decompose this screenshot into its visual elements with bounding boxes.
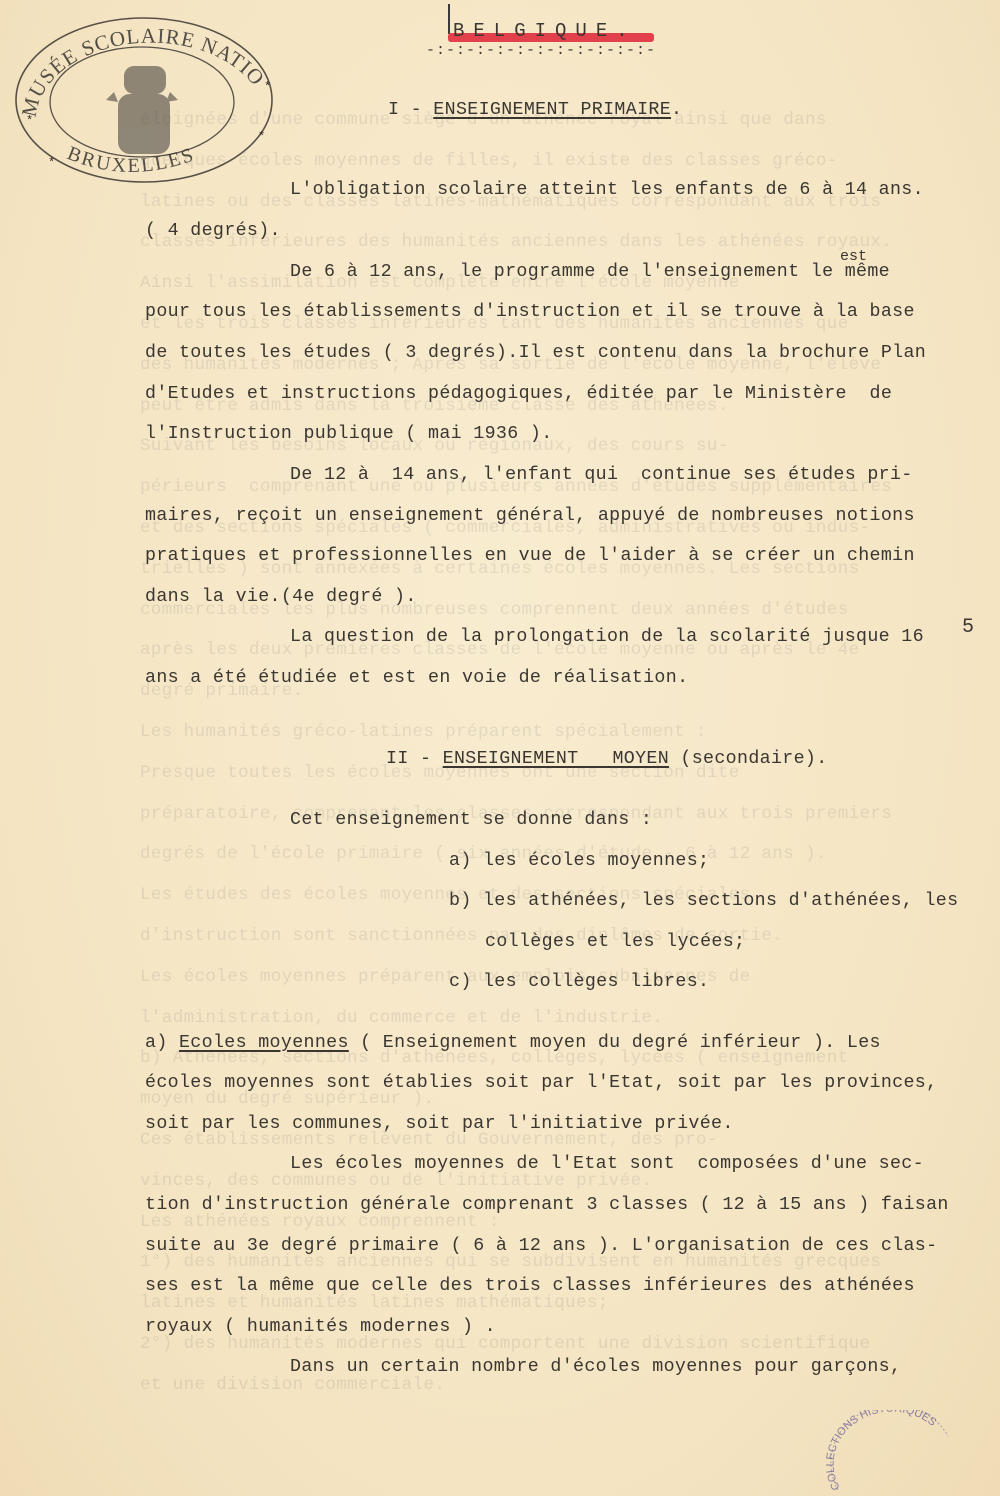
subsection-a-heading: a) Ecoles moyennes ( Enseignement moyen … (145, 1033, 881, 1053)
list-item: collèges et les lycées; (485, 932, 745, 952)
museum-stamp-icon: MUSÉE SCOLAIRE NATIONAL BRUXELLES * * * … (6, 8, 278, 188)
paragraph-line: soit par les communes, soit par l'initia… (145, 1114, 734, 1134)
svg-text:*: * (48, 156, 55, 170)
paragraph-line: royaux ( humanités modernes ) . (145, 1317, 496, 1337)
collections-stamp-icon: COLLECTIONS HISTORIQUES (826, 1410, 956, 1490)
paragraph-line: tion d'instruction générale comprenant 3… (145, 1195, 949, 1215)
paragraph-line: Les écoles moyennes de l'Etat sont compo… (290, 1154, 924, 1174)
paragraph-line: écoles moyennes sont établies soit par l… (145, 1073, 937, 1093)
paragraph-line: De 6 à 12 ans, le programme de l'enseign… (290, 262, 890, 282)
paragraph-line: dans la vie.(4e degré ). (145, 587, 417, 607)
list-item: a) les écoles moyennes; (449, 851, 709, 871)
list-intro: Cet enseignement se donne dans : (290, 810, 652, 830)
svg-text:*: * (26, 114, 33, 128)
paragraph-line: ans a été étudiée et est en voie de réal… (145, 668, 688, 688)
paragraph-line: pour tous les établissements d'instructi… (145, 302, 915, 322)
paragraph-line: ses est la même que celle des trois clas… (145, 1276, 915, 1296)
svg-text:*: * (264, 80, 271, 94)
paragraph-line: maires, reçoit un enseignement général, … (145, 506, 915, 526)
paragraph-line: pratiques et professionnelles en vue de … (145, 546, 915, 566)
paragraph-line: d'Etudes et instructions pédagogiques, é… (145, 384, 892, 404)
paragraph-line: De 12 à 14 ans, l'enfant qui continue se… (290, 465, 913, 485)
section-1-heading: I - ENSEIGNEMENT PRIMAIRE. (388, 100, 682, 120)
list-item: b) les athénées, les sections d'athénées… (449, 891, 958, 911)
title-separator: -:-:-:-:-:-:-:-:-:-:-:- (426, 42, 656, 59)
list-item: c) les collèges libres. (449, 972, 709, 992)
svg-text:*: * (258, 130, 265, 144)
section-2-heading: II - ENSEIGNEMENT MOYEN (secondaire). (386, 749, 828, 769)
handwritten-correction: 5 (962, 616, 974, 639)
paragraph-line: de toutes les études ( 3 degrés).Il est … (145, 343, 926, 363)
svg-text:COLLECTIONS HISTORIQUES: COLLECTIONS HISTORIQUES (826, 1410, 938, 1490)
paragraph-line: l'Instruction publique ( mai 1936 ). (145, 424, 553, 444)
paragraph-line: ( 4 degrés). (145, 221, 281, 241)
paragraph-line: La question de la prolongation de la sco… (290, 627, 924, 647)
country-title: BELGIQUE. (453, 20, 637, 42)
paragraph-line: Dans un certain nombre d'écoles moyennes… (290, 1357, 901, 1377)
paragraph-line: L'obligation scolaire atteint les enfant… (290, 180, 924, 200)
paragraph-line: suite au 3e degré primaire ( 6 à 12 ans … (145, 1236, 937, 1256)
pencil-mark (448, 4, 450, 34)
